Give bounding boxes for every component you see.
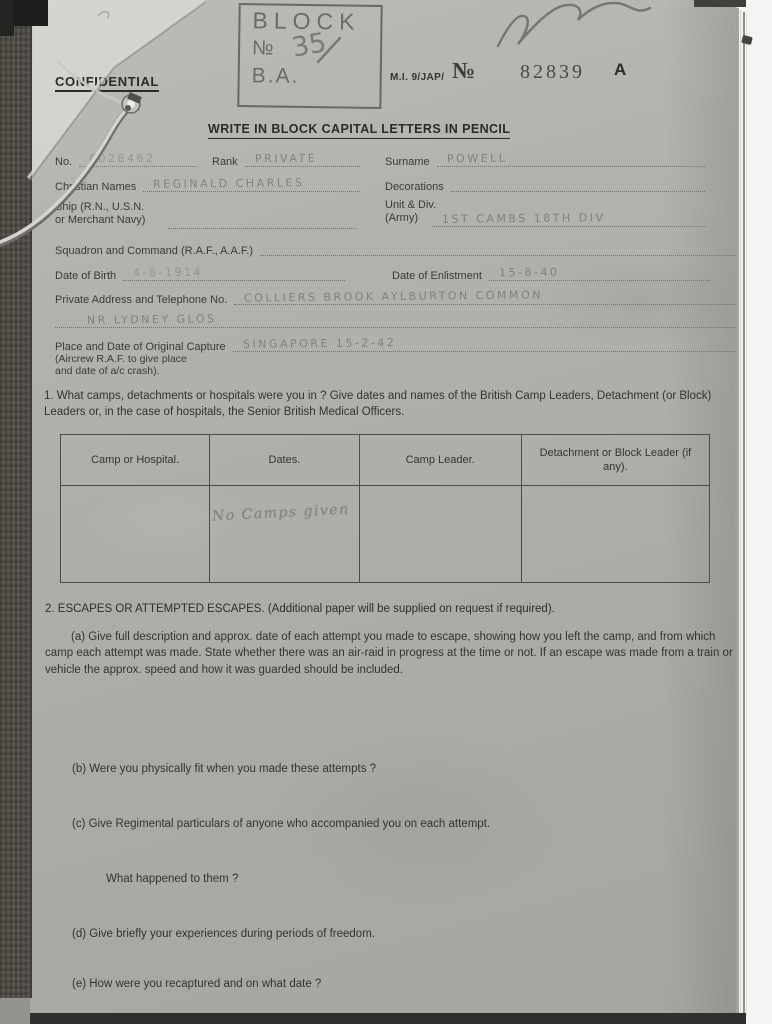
reference-suffix: A — [614, 60, 626, 80]
classification-label: CONFIDENTIAL — [55, 74, 159, 92]
col-dates: Dates. — [210, 435, 359, 486]
stamp-line-ba: B.A. — [252, 65, 380, 88]
field-date-of-enlistment: Date of Enlistment 15-8-40 — [392, 265, 710, 282]
field-line — [260, 240, 736, 256]
question-2b: (b) Were you physically fit when you mad… — [72, 761, 712, 777]
field-line — [451, 176, 705, 192]
handwritten-value: REGINALD CHARLES — [153, 176, 305, 191]
field-line: 15-8-40 — [489, 265, 710, 281]
field-rank: Rank PRIVATE — [212, 151, 360, 168]
reference-no-symbol: № — [452, 58, 475, 84]
question-1: 1. What camps, detachments or hospitals … — [44, 388, 712, 421]
field-date-of-birth: Date of Birth 4-8-1914 — [55, 265, 345, 282]
instruction-heading: WRITE IN BLOCK CAPITAL LETTERS IN PENCIL — [208, 122, 510, 139]
field-line: 6028462 — [79, 151, 197, 167]
question-2a: (a) Give full description and approx. da… — [45, 629, 737, 678]
field-surname: Surname POWELL — [385, 151, 705, 168]
col-camp-or-hospital: Camp or Hospital. — [61, 435, 210, 486]
field-service-number: No. 6028462 — [55, 151, 197, 168]
question-2-heading: 2. ESCAPES OR ATTEMPTED ESCAPES. (Additi… — [45, 601, 735, 617]
field-label: (Army) — [385, 212, 418, 224]
table-cell — [210, 486, 359, 583]
handwritten-block-number: 35 — [290, 27, 329, 63]
handwritten-value: 6028462 — [89, 152, 156, 166]
handwritten-value: PRIVATE — [255, 152, 317, 166]
handwritten-value: POWELL — [447, 152, 508, 166]
handwritten-value: COLLIERS BROOK AYLBURTON COMMON — [244, 288, 543, 304]
capture-note-line2: and date of a/c crash). — [55, 365, 159, 377]
field-label: Surname — [385, 156, 430, 168]
field-label: Unit & Div. — [385, 199, 436, 211]
field-place-of-capture: Place and Date of Original Capture SINGA… — [55, 336, 736, 353]
field-line: REGINALD CHARLES — [143, 176, 360, 192]
table-header-row: Camp or Hospital. Dates. Camp Leader. De… — [61, 435, 710, 486]
field-line-ship — [168, 213, 356, 229]
handwritten-value: NR LYDNEY GLOS — [87, 312, 217, 326]
field-line: POWELL — [437, 151, 705, 167]
field-label: Date of Enlistment — [392, 270, 482, 282]
form-content: CONFIDENTIAL BLOCK № B.A. 35 M.I. 9/JAP/… — [0, 0, 772, 1024]
field-line: PRIVATE — [245, 151, 360, 167]
col-camp-leader: Camp Leader. — [359, 435, 521, 486]
field-label: Squadron and Command (R.A.F., A.A.F.) — [55, 245, 253, 257]
table-body-row — [61, 486, 710, 583]
field-label: or Merchant Navy) — [55, 214, 145, 226]
field-label: Christian Names — [55, 181, 136, 193]
question-2c: (c) Give Regimental particulars of anyon… — [72, 816, 712, 832]
table-cell — [521, 486, 709, 583]
reference-series: M.I. 9/JAP/ — [390, 72, 444, 83]
field-line-address-2: NR LYDNEY GLOS — [55, 312, 736, 328]
field-label: No. — [55, 156, 72, 168]
question-2e: (e) How were you recaptured and on what … — [72, 976, 712, 992]
field-line: COLLIERS BROOK AYLBURTON COMMON — [234, 289, 736, 305]
field-label: Place and Date of Original Capture — [55, 341, 226, 353]
field-line-unit: 1ST CAMBS 18TH DIV — [432, 211, 705, 227]
field-line: SINGAPORE 15-2-42 — [233, 336, 736, 352]
camps-table: Camp or Hospital. Dates. Camp Leader. De… — [60, 434, 710, 583]
scanned-document-page: CONFIDENTIAL BLOCK № B.A. 35 M.I. 9/JAP/… — [0, 0, 772, 1024]
field-label: Date of Birth — [55, 270, 116, 282]
field-label: Decorations — [385, 181, 444, 193]
table-cell — [61, 486, 210, 583]
capture-note-line1: (Aircrew R.A.F. to give place — [55, 353, 187, 365]
field-label: Rank — [212, 156, 238, 168]
field-private-address: Private Address and Telephone No. COLLIE… — [55, 289, 736, 306]
handwritten-value: 15-8-40 — [499, 266, 560, 280]
field-line: 4-8-1914 — [123, 265, 345, 281]
field-squadron: Squadron and Command (R.A.F., A.A.F.) — [55, 240, 736, 257]
table-cell — [359, 486, 521, 583]
question-2d: (d) Give briefly your experiences during… — [72, 926, 712, 942]
col-detachment-leader: Detachment or Block Leader (if any). — [521, 435, 709, 486]
handwritten-value: 1ST CAMBS 18TH DIV — [442, 211, 606, 226]
field-label: Private Address and Telephone No. — [55, 294, 227, 306]
field-label: Ship (R.N., U.S.N. — [55, 201, 144, 213]
handwritten-value: SINGAPORE 15-2-42 — [243, 336, 396, 351]
field-christian-names: Christian Names REGINALD CHARLES — [55, 176, 360, 193]
handwritten-value: 4-8-1914 — [133, 266, 203, 280]
field-decorations: Decorations — [385, 176, 705, 193]
question-2c-followup: What happened to them ? — [106, 871, 706, 887]
reference-number: 82839 — [520, 61, 585, 84]
